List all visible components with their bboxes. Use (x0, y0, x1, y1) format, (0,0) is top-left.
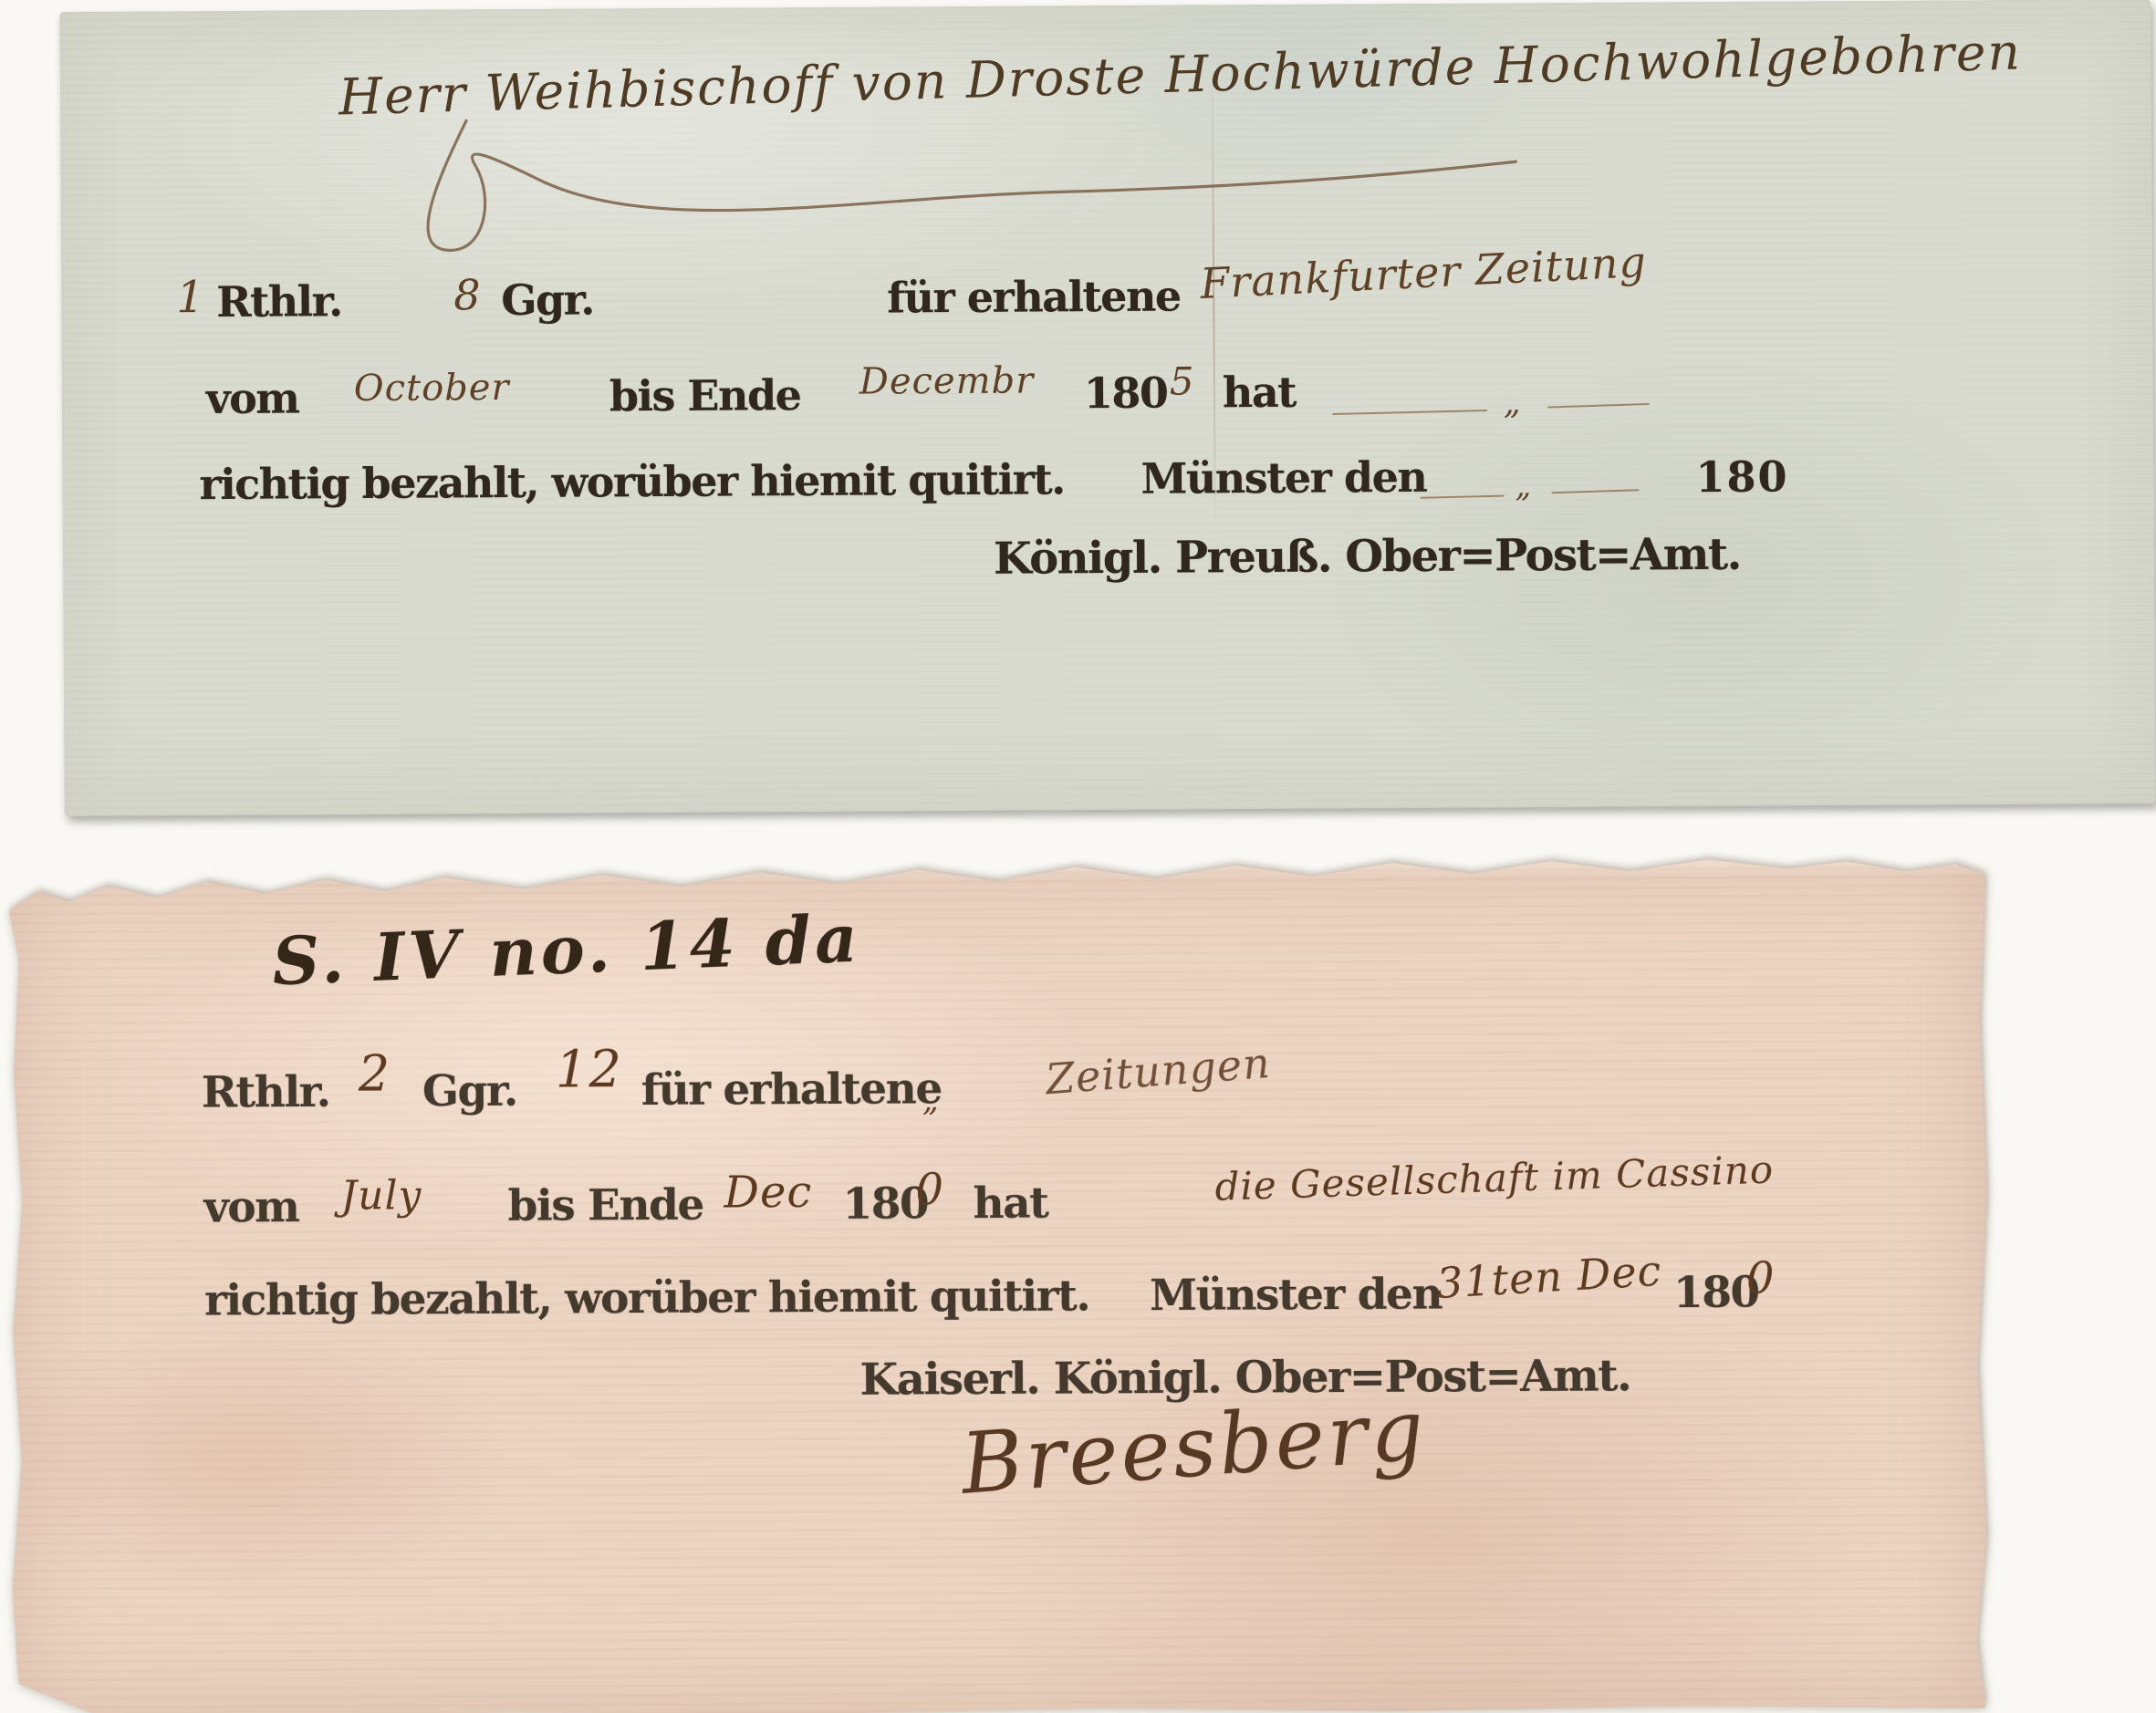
ggr-label: Ggr. (501, 275, 594, 325)
flourish-underline (279, 105, 1539, 267)
from-label: vom (206, 373, 299, 423)
year-printed: 180 (1084, 369, 1168, 419)
receipt-bottom: S. IV no. 14 da Rthlr. 2 Ggr. 12 für erh… (9, 848, 1990, 1713)
has-label: hat (1223, 368, 1296, 417)
paid-text: richtig bezahlt, worüber hiemit quitirt. (204, 1271, 1089, 1325)
office-line: Königl. Preuß. Ober=Post=Amt. (994, 529, 1741, 585)
amount-rthlr-value-hand: 1 (176, 272, 205, 323)
payer-handwriting: die Gesellschaft im Cassino (1214, 1147, 1775, 1209)
amount-ggr-value-hand: 8 (453, 270, 482, 319)
has-label: hat (973, 1178, 1047, 1229)
amount-rthlr-value-hand: 2 (359, 1044, 391, 1102)
paid-text: richtig bezahlt, worüber hiemit quitirt. (199, 454, 1064, 509)
rthlr-label: Rthlr. (216, 276, 342, 327)
from-month-handwriting: July (340, 1172, 422, 1219)
ditto-mark: „ (1504, 384, 1522, 421)
ink-dash (1421, 495, 1505, 499)
receipt-bottom-paper: S. IV no. 14 da Rthlr. 2 Ggr. 12 für erh… (9, 848, 1990, 1713)
until-month-handwriting: Decembr (859, 359, 1035, 402)
ink-dash (1332, 410, 1487, 415)
ink-dash (1552, 489, 1640, 493)
ggr-label: Ggr. (422, 1066, 517, 1117)
for-received-label: für erhaltene (887, 272, 1181, 323)
amount-ggr-value-hand: 12 (556, 1040, 623, 1099)
year-digit-handwriting: 0 (915, 1164, 944, 1215)
receipt-top: Herr Weihbischoff von Droste Hochwürde H… (59, 0, 2155, 816)
until-month-handwriting: Dec (724, 1167, 812, 1219)
file-note-handwriting: S. IV no. 14 da (271, 899, 863, 1001)
from-month-handwriting: October (354, 367, 510, 410)
for-received-label: für erhaltene (641, 1064, 942, 1116)
date-handwriting: 31ten Dec (1435, 1246, 1663, 1308)
blank-year-printed: 180 (1695, 452, 1788, 502)
received-item-handwriting: Zeitungen (1044, 1038, 1272, 1104)
place-label: Münster den (1150, 1269, 1442, 1321)
year-digit-handwriting: 5 (1170, 358, 1195, 403)
ink-dash (1547, 403, 1650, 409)
rthlr-label: Rthlr. (202, 1067, 330, 1118)
until-label: bis Ende (609, 370, 801, 420)
year-digit-handwriting: 0 (1746, 1253, 1776, 1304)
ditto-mark: „ (1515, 468, 1532, 504)
from-label: vom (203, 1182, 298, 1233)
ditto-mark: „ (922, 1082, 940, 1118)
until-label: bis Ende (507, 1180, 703, 1231)
place-label: Münster den (1140, 452, 1426, 504)
